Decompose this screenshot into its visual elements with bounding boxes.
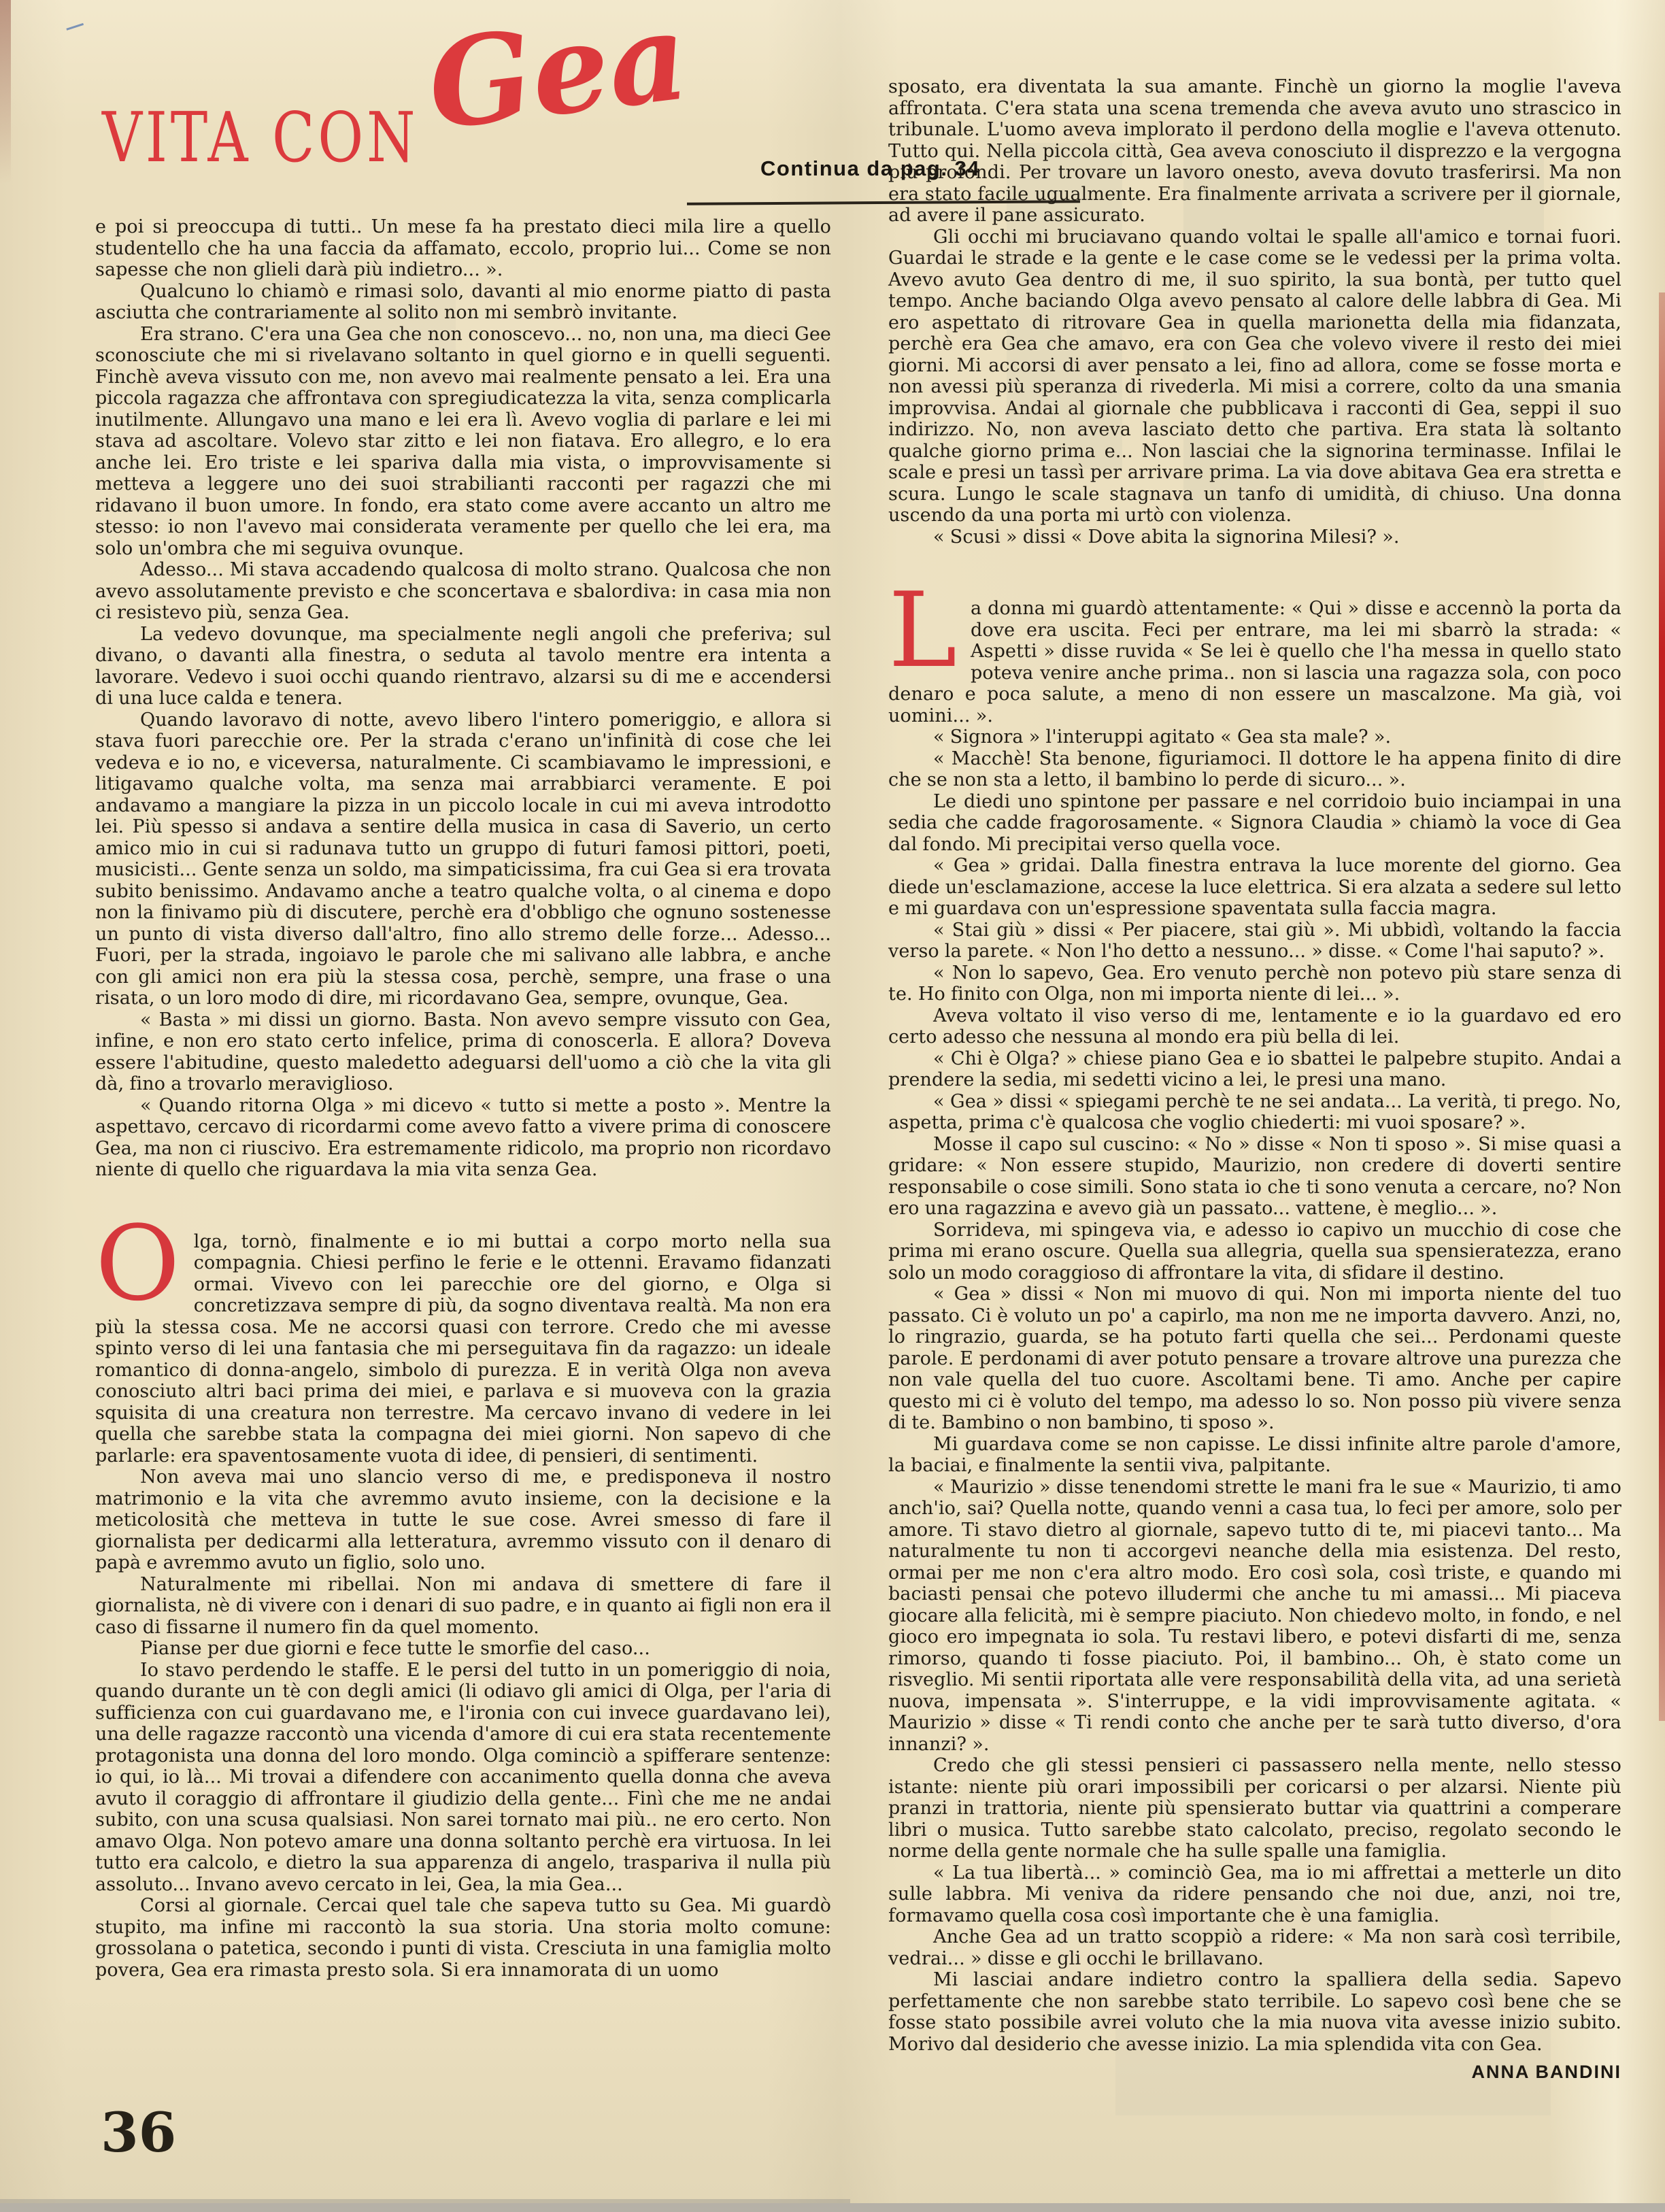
article-title: VITA CON — [102, 103, 418, 172]
right-column-paragraphs: sposato, era diventata la sua amante. Fi… — [888, 76, 1621, 2055]
paragraph: Sorrideva, mi spingeva via, e adesso io … — [888, 1220, 1621, 1284]
paragraph: Mi lasciai andare indietro contro la spa… — [888, 1969, 1621, 2055]
page-number: 36 — [101, 2100, 176, 2164]
paragraph: Adesso... Mi stava accadendo qualcosa di… — [95, 559, 831, 624]
drop-cap: O — [95, 1219, 180, 1299]
paragraph: Anche Gea ad un tratto scoppiò a ridere:… — [888, 1926, 1621, 1969]
paragraph: Mi guardava come se non capisse. Le diss… — [888, 1434, 1621, 1477]
paragraph: « Scusi » dissi « Dove abita la signorin… — [888, 526, 1621, 548]
left-column-paragraphs: e poi si preoccupa di tutti.. Un mese fa… — [95, 216, 831, 1981]
paragraph: Mosse il capo sul cuscino: « No » disse … — [888, 1134, 1621, 1220]
author-byline: ANNA BANDINI — [888, 2062, 1621, 2083]
magazine-page-scan: { "colors": { "accent_red": "#dc3a3d", "… — [0, 0, 1665, 2212]
paragraph: Naturalmente mi ribellai. Non mi andava … — [95, 1574, 831, 1639]
paragraph: « Macchè! Sta benone, figuriamoci. Il do… — [888, 748, 1621, 791]
paragraph: Io stavo perdendo le staffe. E le persi … — [95, 1660, 831, 1896]
paragraph: Pianse per due giorni e fece tutte le sm… — [95, 1638, 831, 1660]
drop-cap: L — [888, 586, 957, 666]
paragraph: Non aveva mai uno slancio verso di me, e… — [95, 1467, 831, 1574]
scan-edge-bottom — [0, 2203, 1665, 2212]
paragraph: « Gea » dissi « spiegami perchè te ne se… — [888, 1091, 1621, 1134]
paragraph: Era strano. C'era una Gea che non conosc… — [95, 324, 831, 560]
paragraph: Quando lavoravo di notte, avevo libero l… — [95, 709, 831, 1009]
paragraph: « Maurizio » disse tenendomi strette le … — [888, 1477, 1621, 1756]
left-column: e poi si preoccupa di tutti.. Un mese fa… — [95, 216, 831, 1981]
paragraph: La vedevo dovunque, ma specialmente negl… — [95, 624, 831, 709]
paragraph: sposato, era diventata la sua amante. Fi… — [888, 76, 1621, 227]
paragraph: Corsi al giornale. Cercai quel tale che … — [95, 1895, 831, 1981]
scan-edge-bottom-light — [0, 2199, 850, 2203]
right-column: sposato, era diventata la sua amante. Fi… — [888, 76, 1621, 2083]
paragraph: « Stai giù » dissi « Per piacere, stai g… — [888, 920, 1621, 962]
paragraph: « Basta » mi dissi un giorno. Basta. Non… — [95, 1009, 831, 1095]
paragraph: « Chi è Olga? » chiese piano Gea e io sb… — [888, 1048, 1621, 1091]
paragraph: « Non lo sapevo, Gea. Ero venuto perchè … — [888, 962, 1621, 1005]
article-title-script: Gea — [422, 0, 693, 147]
paragraph: Credo che gli stessi pensieri ci passass… — [888, 1755, 1621, 1862]
paragraph: La donna mi guardò attentamente: « Qui »… — [888, 598, 1621, 726]
paragraph: « Gea » dissi « Non mi muovo di qui. Non… — [888, 1284, 1621, 1434]
paragraph: « La tua libertà... » cominciò Gea, ma i… — [888, 1862, 1621, 1927]
paragraph: « Signora » l'interuppi agitato « Gea st… — [888, 726, 1621, 748]
paragraph: Le diedi uno spintone per passare e nel … — [888, 791, 1621, 856]
paragraph: Gli occhi mi bruciavano quando voltai le… — [888, 227, 1621, 526]
paragraph: Aveva voltato il viso verso di me, lenta… — [888, 1005, 1621, 1048]
scan-edge-top-left — [0, 0, 11, 184]
paragraph: « Quando ritorna Olga » mi dicevo « tutt… — [95, 1095, 831, 1181]
paragraph: Olga, tornò, finalmente e io mi buttai a… — [95, 1231, 831, 1467]
scan-edge-right-red — [1659, 292, 1665, 1721]
paragraph: e poi si preoccupa di tutti.. Un mese fa… — [95, 216, 831, 281]
pen-mark — [65, 18, 84, 30]
paragraph: Qualcuno lo chiamò e rimasi solo, davant… — [95, 281, 831, 324]
paragraph: « Gea » gridai. Dalla finestra entrava l… — [888, 855, 1621, 920]
